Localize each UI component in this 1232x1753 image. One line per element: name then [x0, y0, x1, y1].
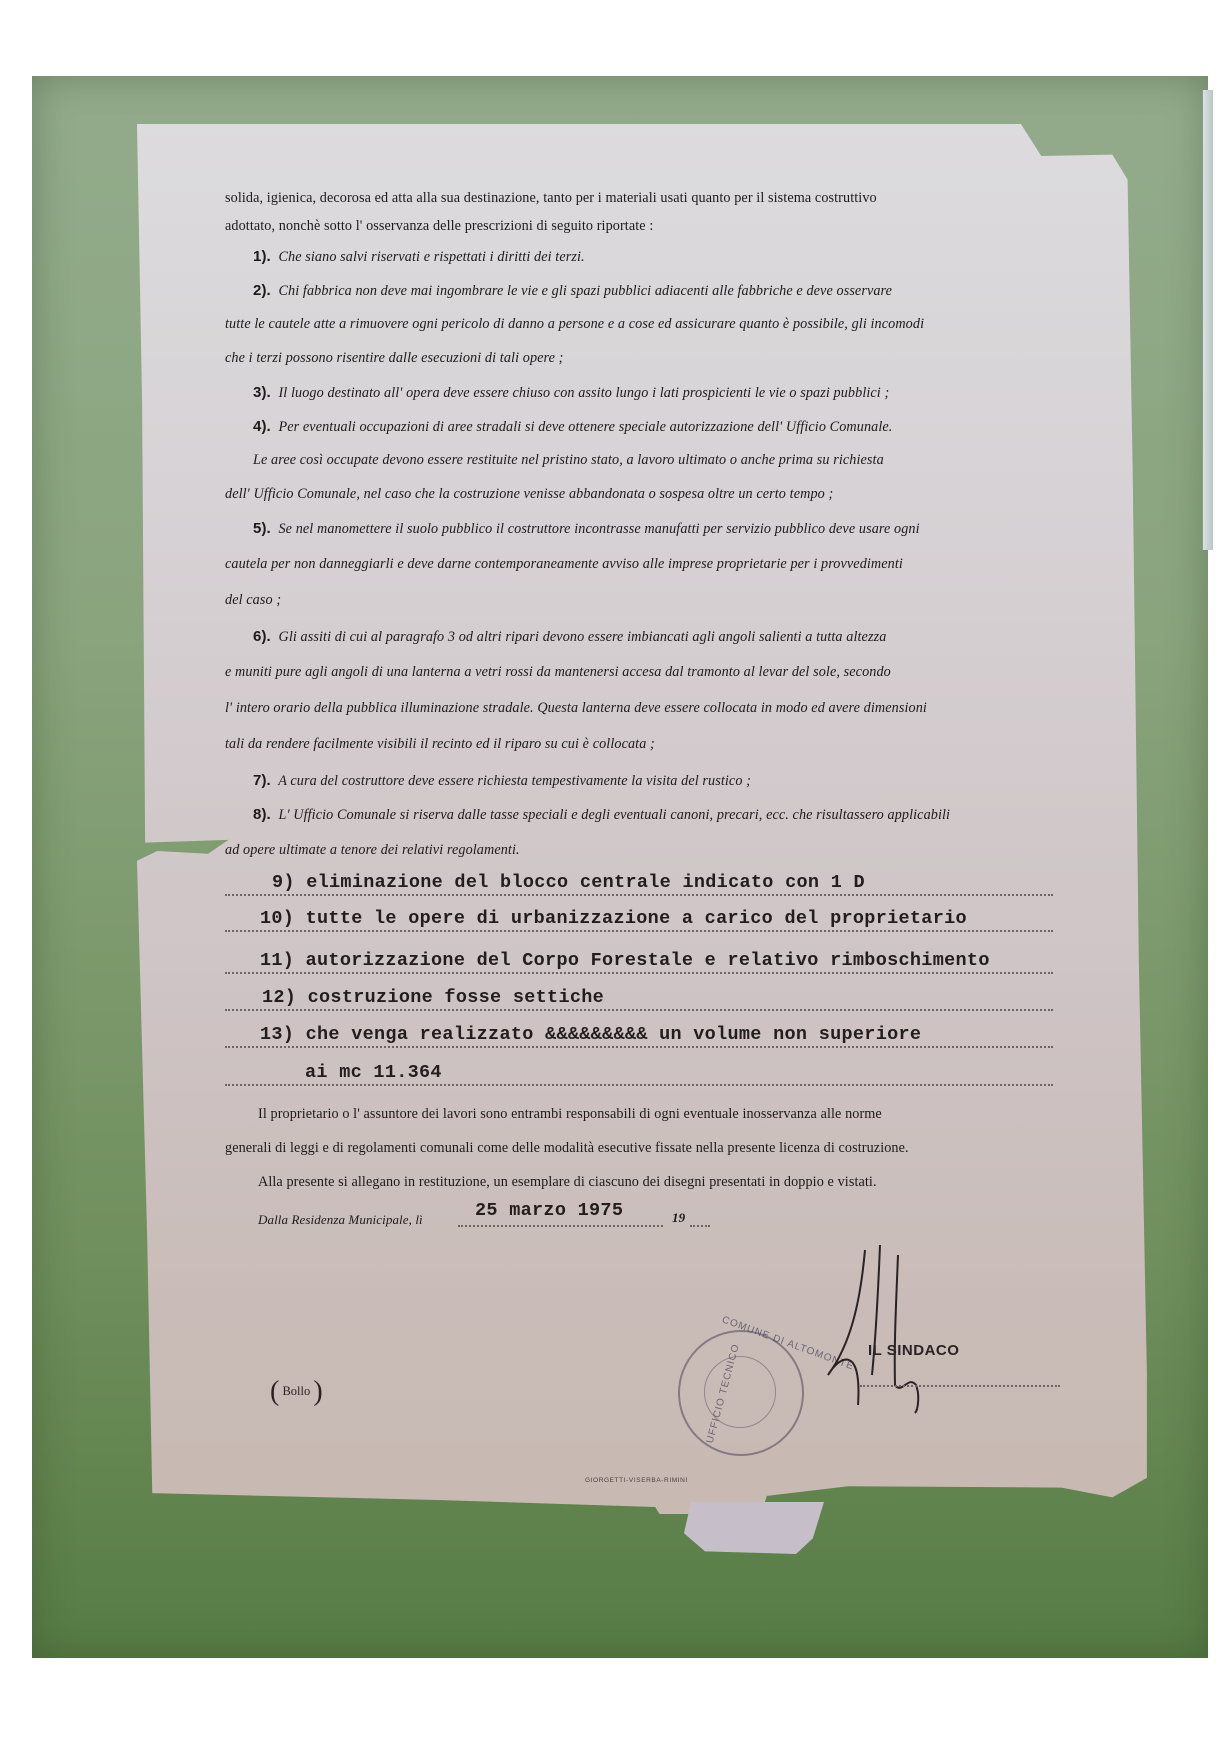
- typed-volume: ai mc 11.364: [305, 1062, 442, 1083]
- clause-4-line-2: Le aree così occupate devono essere rest…: [253, 452, 884, 469]
- signatory-title: IL SINDACO: [868, 1342, 959, 1359]
- torn-paper-corner: [684, 1502, 824, 1554]
- clause-7: 7). A cura del costruttore deve essere r…: [253, 772, 751, 790]
- signature-fill-line: [860, 1385, 1060, 1387]
- fill-line: [225, 930, 1053, 932]
- date-label: Dalla Residenza Municipale, lì: [258, 1212, 423, 1228]
- date-value: 25 marzo 1975: [475, 1200, 623, 1221]
- typed-clause-10: 10) tutte le opere di urbanizzazione a c…: [260, 908, 967, 929]
- fill-line: [225, 972, 1053, 974]
- municipal-stamp: COMUNE DI ALTOMONTE UFFICIO TECNICO: [678, 1330, 804, 1456]
- clause-4: 4). Per eventuali occupazioni di aree st…: [253, 418, 892, 436]
- year-fill-line: [690, 1225, 710, 1227]
- clause-8: 8). L' Ufficio Comunale si riserva dalle…: [253, 806, 950, 824]
- intro-line-2: adottato, nonchè sotto l' osservanza del…: [225, 218, 653, 235]
- intro-line-1: solida, igienica, decorosa ed atta alla …: [225, 190, 877, 207]
- printer-mark: GIORGETTI-VISERBA-RIMINI: [585, 1477, 688, 1484]
- clause-5: 5). Se nel manomettere il suolo pubblico…: [253, 520, 920, 538]
- clause-4-line-3: dell' Ufficio Comunale, nel caso che la …: [225, 486, 833, 503]
- backdrop-edge: [1202, 90, 1213, 550]
- closing-line-3: Alla presente si allegano in restituzion…: [258, 1174, 877, 1191]
- clause-5-line-3: del caso ;: [225, 592, 281, 609]
- typed-clause-9: 9) eliminazione del blocco centrale indi…: [272, 872, 865, 893]
- clause-6-line-3: l' intero orario della pubblica illumina…: [225, 700, 927, 717]
- fill-line: [225, 894, 1053, 896]
- mayor-signature: [820, 1245, 970, 1415]
- fill-line: [225, 1009, 1053, 1011]
- closing-line-1: Il proprietario o l' assuntore dei lavor…: [258, 1106, 882, 1123]
- clause-6-line-2: e muniti pure agli angoli di una lantern…: [225, 664, 891, 681]
- clause-5-line-2: cautela per non danneggiarli e deve darn…: [225, 556, 903, 573]
- typed-clause-13: 13) che venga realizzato &&&&&&&&& un vo…: [260, 1024, 921, 1045]
- fill-line: [225, 1046, 1053, 1048]
- clause-2: 2). Chi fabbrica non deve mai ingombrare…: [253, 282, 892, 300]
- typed-clause-12: 12) costruzione fosse settiche: [262, 987, 604, 1008]
- date-fill-line: [458, 1225, 663, 1227]
- typed-clause-11: 11) autorizzazione del Corpo Forestale e…: [260, 950, 990, 971]
- clause-8-line-2: ad opere ultimate a tenore dei relativi …: [225, 842, 520, 859]
- clause-1: 1). Che siano salvi riservati e rispetta…: [253, 248, 585, 266]
- closing-line-2: generali di leggi e di regolamenti comun…: [225, 1140, 909, 1157]
- clause-3: 3). Il luogo destinato all' opera deve e…: [253, 384, 889, 402]
- clause-2-line-3: che i terzi possono risentire dalle esec…: [225, 350, 564, 367]
- clause-6: 6). Gli assiti di cui al paragrafo 3 od …: [253, 628, 886, 646]
- clause-6-line-4: tali da rendere facilmente visibili il r…: [225, 736, 655, 753]
- year-prefix: 19: [672, 1210, 685, 1226]
- fill-line: [225, 1084, 1053, 1086]
- bollo-placeholder: ( Bollo ): [270, 1376, 323, 1408]
- clause-2-line-2: tutte le cautele atte a rimuovere ogni p…: [225, 316, 924, 333]
